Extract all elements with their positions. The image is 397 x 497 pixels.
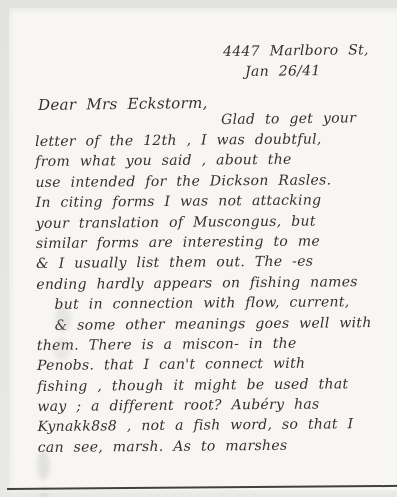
letter-line: fishing , though it might be used that <box>37 374 372 397</box>
letter-body: letter of the 12th , I was doubtful, fro… <box>35 129 373 458</box>
letter-line: way ; a different root? Aubéry has <box>37 394 372 417</box>
letter-line: letter of the 12th , I was doubtful, <box>35 129 370 152</box>
letter-line: them. There is a miscon- in the <box>37 333 372 356</box>
letter-opening-line: Glad to get your <box>221 110 356 128</box>
letter-line: but in connection with flow, current, <box>36 292 371 315</box>
letter-date: Jan 26/41 <box>245 63 321 80</box>
letter-line: ending hardly appears on fishing names <box>36 272 371 295</box>
letter-scan: 4447 Marlboro St, Jan 26/41 Dear Mrs Eck… <box>0 0 397 497</box>
smudge-mark <box>53 338 71 360</box>
letter-line: your translation of Muscongus, but <box>36 211 371 234</box>
letter-line: & I usually list them out. The -es <box>36 251 371 274</box>
letter-salutation: Dear Mrs Eckstorm, <box>38 94 208 114</box>
letter-line: from what you said , about the <box>35 149 370 172</box>
scan-background-strip <box>9 490 397 493</box>
letter-line: Kynakk8s8 , not a fish word, so that I <box>37 415 372 438</box>
letter-line: In citing forms I was not attacking <box>36 190 371 213</box>
letter-line: & some other meanings goes well with <box>37 313 372 336</box>
letter-paper: 4447 Marlboro St, Jan 26/41 Dear Mrs Eck… <box>9 8 397 492</box>
letter-line: similar forms are interesting to me <box>36 231 371 254</box>
smudge-mark <box>37 450 50 480</box>
letter-line: use intended for the Dickson Rasles. <box>35 170 370 193</box>
letter-line: can see, marsh. As to marshes <box>38 435 373 458</box>
letter-address: 4447 Marlboro St, <box>223 42 369 60</box>
smudge-mark <box>55 306 71 332</box>
letter-line: Penobs. that I can't connect with <box>37 353 372 376</box>
